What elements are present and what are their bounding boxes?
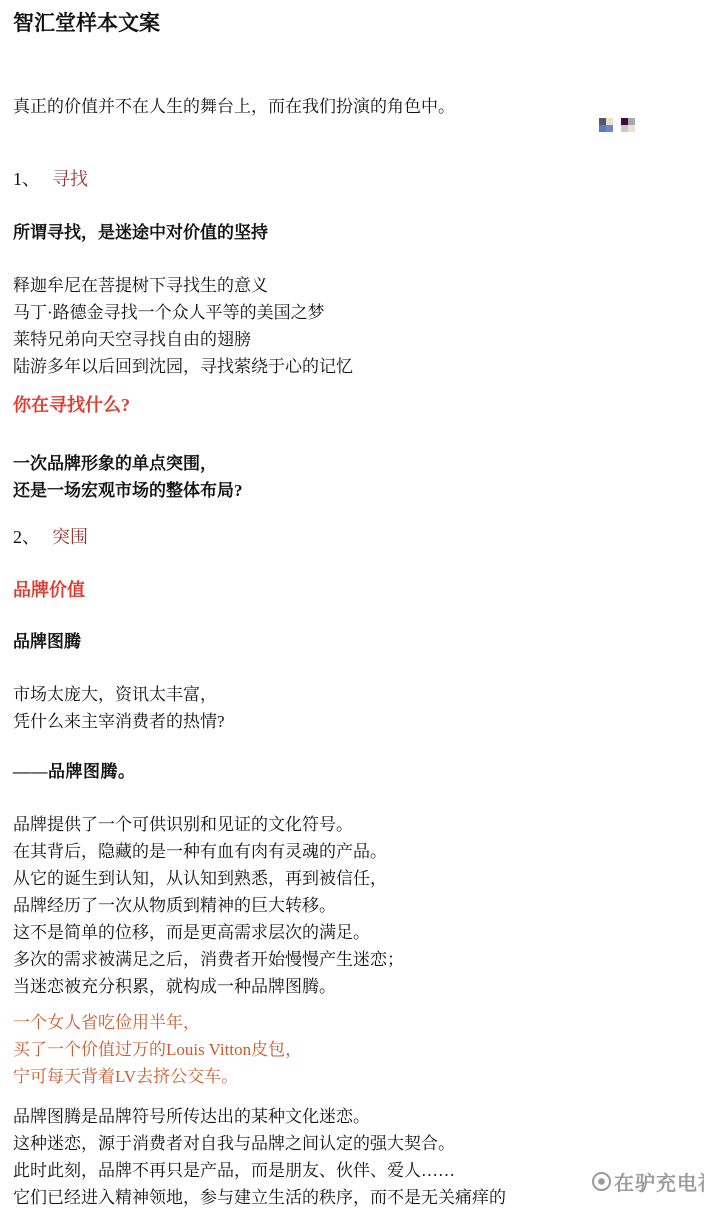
body-line: 品牌经历了一次从物质到精神的巨大转移。 [13,892,684,919]
section-1-options: 一次品牌形象的单点突围， 还是一场宏观市场的整体布局? [13,450,684,504]
section-2-number: 2、 [13,527,40,547]
thumbnail-quadrant [606,118,613,125]
watermark-logo-icon [592,1172,611,1191]
highlight-line: 宁可每天背着LV去挤公交车。 [13,1063,684,1090]
example-line: 释迦牟尼在菩提树下寻找生的意义 [13,272,684,299]
lead-line: 市场太庞大，资讯太丰富， [13,681,684,708]
section-1-question: 你在寻找什么? [13,392,684,418]
thumbnail-quadrant [606,125,613,132]
section-2-answer: ——品牌图腾。 [13,759,684,785]
thumbnail-quadrant [621,118,628,125]
section-2-paragraph-2: 品牌图腾是品牌符号所传达出的某种文化迷恋。 这种迷恋，源于消费者对自我与品牌之间… [13,1103,684,1211]
thumbnail-quadrant [628,118,635,125]
lv-highlight-paragraph: 一个女人省吃俭用半年， 买了一个价值过万的Louis Vitton皮包， 宁可每… [13,1009,684,1090]
intro-line: 真正的价值并不在人生的舞台上，而在我们扮演的角色中。 [13,94,684,120]
body-line: 在其背后，隐藏的是一种有血有肉有灵魂的产品。 [13,838,684,865]
example-line: 莱特兄弟向天空寻找自由的翅膀 [13,326,684,353]
lead-line: 凭什么来主宰消费者的热情? [13,708,684,735]
body-line: 此时此刻，品牌不再只是产品，而是朋友、伙伴、爱人…… [13,1157,684,1184]
thumbnail-image-icon [621,118,635,132]
example-line: 马丁·路德金寻找一个众人平等的美国之梦 [13,299,684,326]
section-1-heading: 1、寻找 [13,166,684,192]
document-page: 智汇堂样本文案 真正的价值并不在人生的舞台上，而在我们扮演的角色中。 1、寻找 … [0,0,704,1218]
highlight-line: 一个女人省吃俭用半年， [13,1009,684,1036]
body-line: 这不是简单的位移，而是更高需求层次的满足。 [13,919,684,946]
watermark: 在驴充电社 [592,1167,704,1196]
option-line: 还是一场宏观市场的整体布局? [13,477,684,504]
section-1-examples: 释迦牟尼在菩提树下寻找生的意义 马丁·路德金寻找一个众人平等的美国之梦 莱特兄弟… [13,272,684,380]
section-2-title: 突围 [52,527,88,547]
inline-thumbnails [599,118,635,132]
section-1-title: 寻找 [52,169,88,189]
section-1-number: 1、 [13,169,40,189]
section-2-lead: 市场太庞大，资讯太丰富， 凭什么来主宰消费者的热情? [13,681,684,735]
section-2-heading: 2、突围 [13,524,684,550]
section-1-statement: 所谓寻找，是迷途中对价值的坚持 [13,220,684,246]
thumbnail-quadrant [628,125,635,132]
watermark-text: 在驴充电社 [614,1167,704,1196]
body-line: 品牌图腾是品牌符号所传达出的某种文化迷恋。 [13,1103,684,1130]
body-line: 当迷恋被充分积累，就构成一种品牌图腾。 [13,973,684,1000]
thumbnail-quadrant [621,125,628,132]
option-line: 一次品牌形象的单点突围， [13,450,684,477]
section-2-paragraph-1: 品牌提供了一个可供识别和见证的文化符号。 在其背后，隐藏的是一种有血有肉有灵魂的… [13,811,684,1000]
body-line: 这种迷恋，源于消费者对自我与品牌之间认定的强大契合。 [13,1130,684,1157]
page-title: 智汇堂样本文案 [13,10,684,36]
example-line: 陆游多年以后回到沈园，寻找萦绕于心的记忆 [13,353,684,380]
highlight-line: 买了一个价值过万的Louis Vitton皮包， [13,1036,684,1063]
body-line: 它们已经进入精神领地，参与建立生活的秩序，而不是无关痛痒的 [13,1184,684,1211]
body-line: 多次的需求被满足之后，消费者开始慢慢产生迷恋； [13,946,684,973]
thumbnail-quadrant [599,125,606,132]
brand-totem-subheading: 品牌图腾 [13,629,684,655]
body-line: 品牌提供了一个可供识别和见证的文化符号。 [13,811,684,838]
thumbnail-quadrant [599,118,606,125]
brand-value-subheading: 品牌价值 [13,577,684,603]
body-line: 从它的诞生到认知，从认知到熟悉，再到被信任， [13,865,684,892]
thumbnail-image-icon [599,118,613,132]
